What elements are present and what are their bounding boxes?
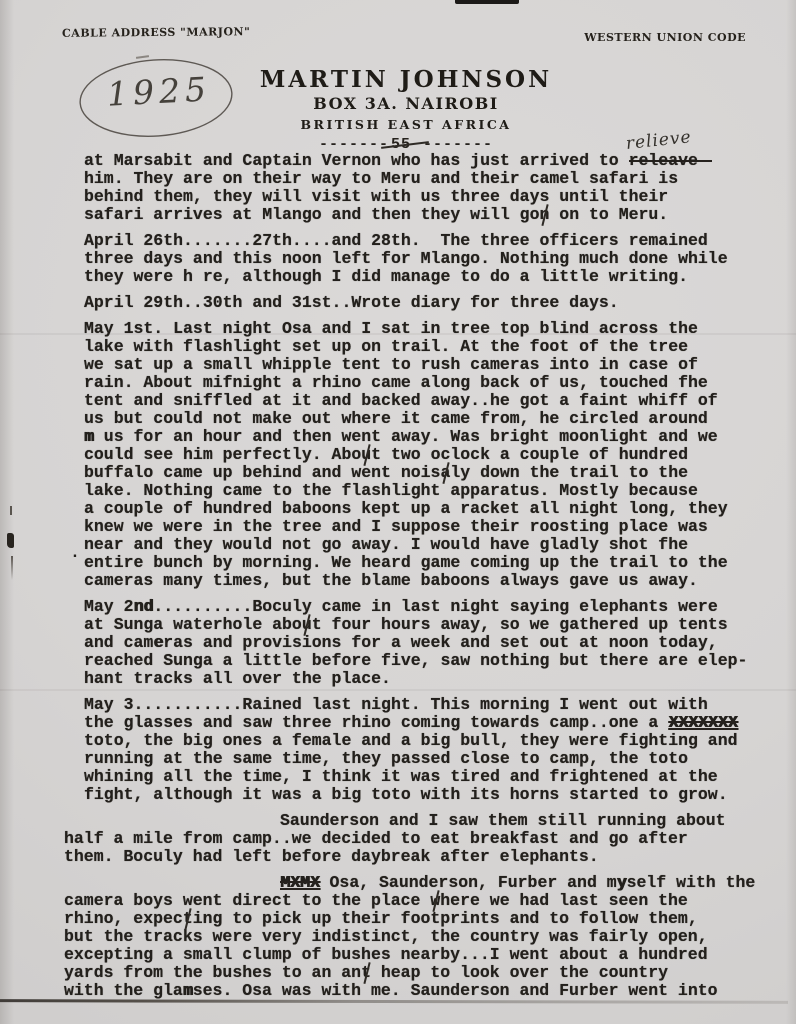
overstruck-letter: m (84, 427, 94, 446)
typed-line: tent and sniffled at it and backed away.… (84, 392, 774, 410)
typed-line: May 3...........Rained last night. This … (84, 696, 774, 714)
typed-text: Osa, Saunderson, Furber and m (320, 873, 617, 892)
typed-text: excepting a small clump of bushes nearby… (64, 945, 708, 964)
typed-line: could see him perfectly. About two ocloc… (84, 446, 774, 464)
typed-text: May 2 (84, 597, 134, 616)
typed-text: May 3...........Rained last night. This … (84, 695, 708, 714)
pen-struck-letter: w (430, 892, 440, 910)
typed-line: rhino, expecting to pick up their footpr… (64, 910, 774, 928)
struck-word: releave (629, 151, 712, 170)
typed-text: Saunderson and I saw them still running … (280, 811, 726, 830)
typed-text: at Sunga waterhole abo (84, 615, 302, 634)
cable-address-label: CABLE ADDRESS "MARJON" (62, 25, 250, 40)
typed-line: cameras many times, but the blame baboon… (84, 572, 774, 590)
typed-text: April 29th..30th and 31st..Wrote diary f… (84, 293, 619, 312)
paragraph: May 3...........Rained last night. This … (84, 696, 774, 804)
pen-struck-letter: t (183, 910, 193, 928)
paragraph: April 26th.......27th....and 28th. The t… (84, 232, 774, 286)
typed-text: buffalo came up behind and went nois (84, 463, 440, 482)
typed-line: knew we were in the tree and I suppose t… (84, 518, 774, 536)
typed-text: here we had last seen the (440, 891, 688, 910)
ink-blot (7, 533, 14, 548)
overstruck-letter: y (617, 873, 627, 892)
typed-line: April 26th.......27th....and 28th. The t… (84, 232, 774, 250)
typed-text: and cam (84, 633, 153, 652)
letterhead: MARTIN JOHNSON BOX 3A. NAIROBI BRITISH E… (8, 66, 796, 132)
typed-text: safari arrives at Mlango and then they w… (84, 205, 539, 224)
typed-line: but the tracks were very indistinct, the… (64, 928, 774, 946)
western-union-code-label: WESTERN UNION CODE (584, 31, 746, 44)
typed-line: us but could not make out where it came … (84, 410, 774, 428)
typed-text: three days and this noon left for Mlango… (84, 249, 728, 268)
typed-text: self with the (627, 873, 756, 892)
typed-line: May 2nd..........Boculy came in last nig… (84, 598, 774, 616)
typed-text: behind them, they will visit with us thr… (84, 187, 668, 206)
pen-struck-letter: u (302, 616, 312, 634)
typed-line: Saunderson and I saw them still running … (64, 812, 774, 830)
typed-line: running at the same time, they passed cl… (84, 750, 774, 768)
typed-text: lake. Nothing came to the flashlight app… (84, 481, 698, 500)
typed-line: entire bunch by morning. We heard game c… (84, 554, 774, 572)
typed-line: safari arrives at Mlango and then they w… (84, 206, 774, 224)
typed-line: MXMX Osa, Saunderson, Furber and myself … (64, 874, 774, 892)
typed-line: they were h re, although I did manage to… (84, 268, 774, 286)
typed-line: whining all the time, I think it was tir… (84, 768, 774, 786)
paragraph: May 2nd..........Boculy came in last nig… (84, 598, 774, 688)
typed-text: a couple of hundred baboons kept up a ra… (84, 499, 728, 518)
typed-line: at Sunga waterhole about four hours away… (84, 616, 774, 634)
typed-text: whining all the time, I think it was tir… (84, 767, 718, 786)
typed-text: ..........Boculy came in last night sayi… (153, 597, 717, 616)
pen-struck-letter: a (440, 464, 450, 482)
overstruck-letter: e (153, 633, 163, 652)
typed-text: yards from the bushes to an an (64, 963, 361, 982)
pen-struck-letter: t (361, 964, 371, 982)
typed-text: May 1st. Last night Osa and I sat in tre… (84, 319, 698, 338)
typed-text: hant tracks all over the place. (84, 669, 391, 688)
typed-line: lake. Nothing came to the flashlight app… (84, 482, 774, 500)
typed-text: at Marsabit and Captain Vernon who has j… (84, 151, 629, 170)
typed-line: buffalo came up behind and went noisaly … (84, 464, 774, 482)
typed-out-word: MXMX (280, 873, 320, 892)
typed-text: could see him perfectly. Abo (84, 445, 361, 464)
typed-line: with the glamses. Osa was with me. Saund… (64, 982, 774, 1000)
typed-text: them. Boculy had left before daybreak af… (64, 847, 599, 866)
paragraph: at Marsabit and Captain Vernon who has j… (84, 151, 774, 224)
typed-text: lake with flashlight set up on trail. At… (84, 337, 688, 356)
typed-line: and cameras and provisions for a week an… (84, 634, 774, 652)
margin-pen-mark (10, 506, 12, 515)
overstruck-letter: m (183, 981, 193, 1000)
sender-name: MARTIN JOHNSON (8, 66, 796, 93)
typed-text: ly down the trail to the (450, 463, 688, 482)
typed-line: yards from the bushes to an ant heap to … (64, 964, 774, 982)
typed-text: t four hours away, so we gathered up ten… (312, 615, 728, 634)
typed-line: half a mile from camp..we decided to eat… (64, 830, 774, 848)
typed-line: m us for an hour and then went away. Was… (84, 428, 774, 446)
typed-text: toto, the big ones a female and a big bu… (84, 731, 738, 750)
typed-text: ing to pick up their footprints and to f… (193, 909, 698, 928)
typed-line: at Marsabit and Captain Vernon who has j… (84, 151, 774, 170)
typed-text: camera boys went direct to the place (64, 891, 430, 910)
typed-text: near and they would not go away. I would… (84, 535, 688, 554)
typed-text: heap to look over the country (371, 963, 668, 982)
pen-struck-letter: u (361, 446, 371, 464)
typed-text: reached Sunga a little before five, saw … (84, 651, 747, 670)
paragraph: April 29th..30th and 31st..Wrote diary f… (84, 294, 774, 312)
typed-line: the glasses and saw three rhino coming t… (84, 714, 774, 732)
typed-line: behind them, they will visit with us thr… (84, 188, 774, 206)
typed-line: toto, the big ones a female and a big bu… (84, 732, 774, 750)
typed-text: April 26th.......27th....and 28th. The t… (84, 231, 708, 250)
typed-text: him. They are on their way to Meru and t… (84, 169, 678, 188)
typed-line: rain. About mifnight a rhino came along … (84, 374, 774, 392)
typed-line: hant tracks all over the place. (84, 670, 774, 688)
typed-text: on to Meru. (549, 205, 668, 224)
margin-pen-mark (11, 556, 13, 580)
typed-line: April 29th..30th and 31st..Wrote diary f… (84, 294, 774, 312)
typed-text: they were h re, although I did manage to… (84, 267, 688, 286)
paragraph: Saunderson and I saw them still running … (64, 812, 774, 866)
typed-text: with the gla (64, 981, 183, 1000)
typed-text: t two oclock a couple of hundred (371, 445, 688, 464)
typed-line: three days and this noon left for Mlango… (84, 250, 774, 268)
typed-line: camera boys went direct to the place whe… (64, 892, 774, 910)
typed-line: lake with flashlight set up on trail. At… (84, 338, 774, 356)
scan-artifact-top (455, 0, 519, 4)
typed-text: us but could not make out where it came … (84, 409, 708, 428)
overstruck-letter: nd (134, 597, 154, 616)
typed-text: entire bunch by morning. We heard game c… (84, 553, 728, 572)
typed-out-word: XXXXXXX (668, 713, 737, 732)
typed-text: but the tracks were very indistinct, the… (64, 927, 708, 946)
letter-page: CABLE ADDRESS "MARJON" WESTERN UNION COD… (0, 0, 796, 1024)
typed-line: we sat up a small whipple tent to rush c… (84, 356, 774, 374)
letter-body: at Marsabit and Captain Vernon who has j… (84, 151, 774, 1008)
typed-text: knew we were in the tree and I suppose t… (84, 517, 708, 536)
typed-text: ras and provisions for a week and set ou… (163, 633, 718, 652)
typed-line: near and they would not go away. I would… (84, 536, 774, 554)
typed-text: we sat up a small whipple tent to rush c… (84, 355, 698, 374)
typed-text: the glasses and saw three rhino coming t… (84, 713, 668, 732)
typed-line: a couple of hundred baboons kept up a ra… (84, 500, 774, 518)
typed-line: excepting a small clump of bushes nearby… (64, 946, 774, 964)
typed-line: reached Sunga a little before five, saw … (84, 652, 774, 670)
typed-line: them. Boculy had left before daybreak af… (64, 848, 774, 866)
typed-line: fight, although it was a big toto with i… (84, 786, 774, 804)
margin-period-mark: . (70, 543, 80, 562)
typed-line: him. They are on their way to Meru and t… (84, 170, 774, 188)
typed-text: fight, although it was a big toto with i… (84, 785, 728, 804)
paragraph: May 1st. Last night Osa and I sat in tre… (84, 320, 774, 590)
pen-struck-letter: n (539, 206, 549, 224)
typed-text: ses. Osa was with me. Saunderson and Fur… (193, 981, 718, 1000)
typed-line: May 1st. Last night Osa and I sat in tre… (84, 320, 774, 338)
paragraph: MXMX Osa, Saunderson, Furber and myself … (64, 874, 774, 1000)
typed-text: running at the same time, they passed cl… (84, 749, 688, 768)
typed-text: tent and sniffled at it and backed away.… (84, 391, 718, 410)
sender-address: BOX 3A. NAIROBI (8, 94, 796, 113)
typed-text: half a mile from camp..we decided to eat… (64, 829, 688, 848)
typed-text: cameras many times, but the blame baboon… (84, 571, 698, 590)
typed-text: rhino, expec (64, 909, 183, 928)
typed-text: us for an hour and then went away. Was b… (94, 427, 718, 446)
typed-text: rain. About mifnight a rhino came along … (84, 373, 708, 392)
